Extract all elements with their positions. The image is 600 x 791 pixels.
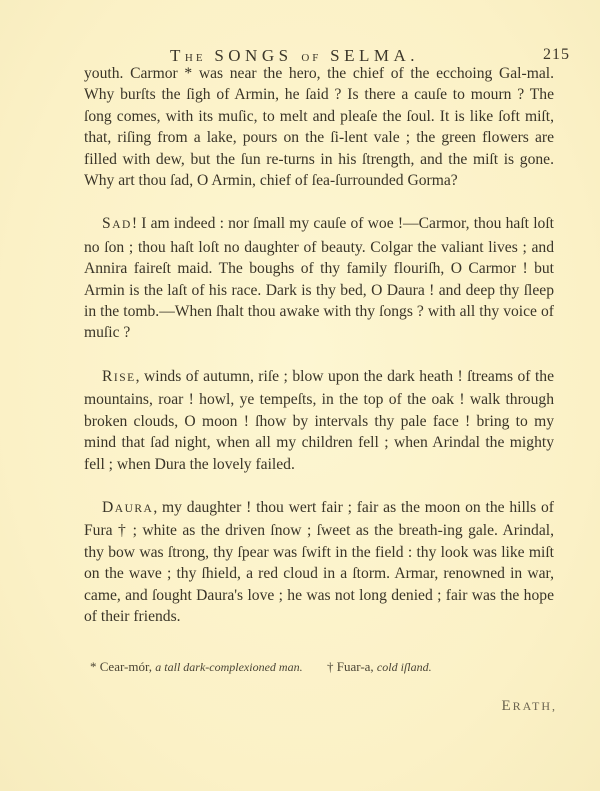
page-number: 215 (543, 46, 570, 64)
paragraph-1-text: youth. Carmor * was near the hero, the c… (84, 65, 554, 189)
catchword-rest: RATH, (513, 699, 557, 713)
paragraph-4: DAURA, my daughter ! thou wert fair ; fa… (84, 497, 554, 627)
paragraph-3-lead: RISE (102, 372, 136, 384)
footnote-gloss: a tall dark-complexioned man. (155, 660, 302, 674)
paragraph-2: SAD! I am indeed : nor ſmall my cauſe of… (84, 213, 554, 343)
paragraph-3-text: , winds of autumn, riſe ; blow upon the … (84, 368, 554, 473)
footnote-term: Cear-mór, (100, 659, 152, 674)
catchword: ERATH, (501, 698, 557, 715)
lead-rest: ISE (114, 372, 136, 384)
footnote-1: * Cear-mór, a tall dark-complexioned man… (90, 659, 303, 675)
lead-cap: D (102, 499, 115, 516)
lead-cap: S (102, 215, 112, 232)
lead-rest: AURA (115, 503, 154, 515)
paragraph-4-lead: DAURA (102, 503, 153, 515)
paragraph-2-lead: SAD (102, 219, 132, 231)
footnote-gloss: cold iſland. (377, 660, 432, 674)
footnote-term: Fuar-a, (337, 659, 374, 674)
footnote-mark: † (327, 659, 334, 674)
book-page: THE SONGS OF SELMA. 215 youth. Carmor * … (0, 0, 600, 791)
catchword-cap: E (501, 698, 512, 714)
paragraph-2-text: ! I am indeed : nor ſmall my cauſe of wo… (84, 215, 554, 341)
body-text: youth. Carmor * was near the hero, the c… (84, 63, 554, 627)
paragraph-3: RISE, winds of autumn, riſe ; blow upon … (84, 366, 554, 475)
footnotes: * Cear-mór, a tall dark-complexioned man… (90, 659, 560, 675)
footnote-mark: * (90, 659, 97, 674)
footnote-2: † Fuar-a, cold iſland. (327, 659, 432, 675)
paragraph-1: youth. Carmor * was near the hero, the c… (84, 63, 554, 191)
paragraph-4-text: , my daughter ! thou wert fair ; fair as… (84, 499, 554, 625)
lead-cap: R (102, 368, 114, 385)
lead-rest: AD (112, 219, 132, 231)
